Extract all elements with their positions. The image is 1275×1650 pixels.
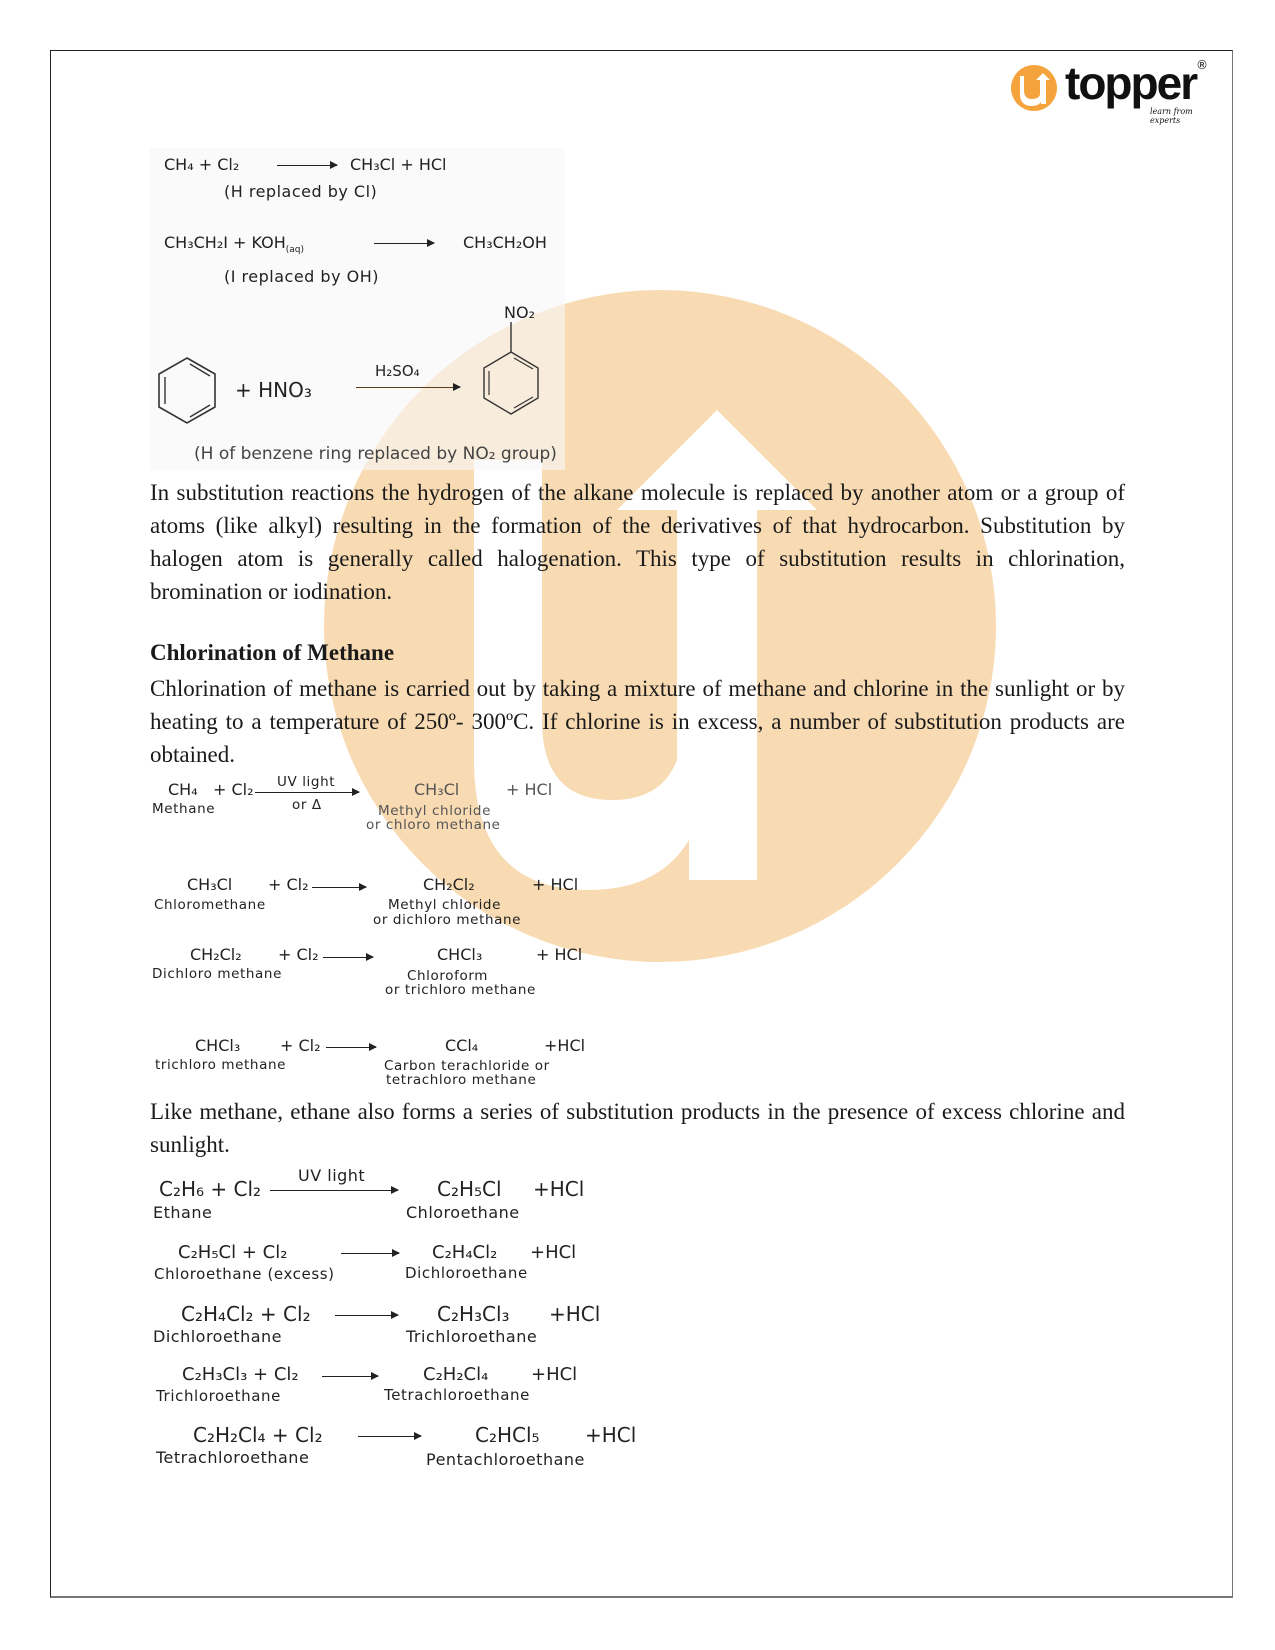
byproduct-formula: +HCl [544, 1036, 585, 1055]
reactant-name: Dichloro methane [152, 966, 282, 982]
reagent-formula: + Cl₂ [278, 945, 319, 964]
byproduct-formula: + HCl [532, 875, 578, 894]
byproduct-formula: + HCl [506, 780, 552, 799]
reagent-formula: + Cl₂ [268, 875, 309, 894]
reaction1-note: (H replaced by Cl) [224, 182, 377, 201]
brand-name: topper [1065, 56, 1196, 110]
benzene-ring-icon [152, 355, 222, 427]
arrow-icon [270, 1190, 398, 1191]
product-name: Dichloroethane [405, 1264, 528, 1282]
reactant-formula: CH₃Cl [187, 875, 232, 894]
arrow-icon [335, 1315, 398, 1316]
reactant-formula: C₂H₃Cl₃ + Cl₂ [182, 1364, 299, 1385]
section-heading: Chlorination of Methane [150, 640, 394, 666]
topper-logo: topper ® learn from experts [1010, 62, 1210, 122]
arrow-icon [326, 1047, 376, 1048]
arrow-icon [341, 1253, 399, 1254]
arrow-icon [323, 957, 373, 958]
product-formula: C₂H₄Cl₂ [432, 1242, 497, 1263]
arrow-icon [356, 387, 460, 388]
arrow-icon [277, 165, 337, 166]
arrow-icon [358, 1436, 421, 1437]
byproduct-formula: +HCl [531, 1364, 577, 1385]
reactant-formula: C₂H₅Cl + Cl₂ [178, 1242, 287, 1263]
chlorination-paragraph: Chlorination of methane is carried out b… [150, 672, 1125, 771]
product-name: Methyl chloride [388, 897, 501, 913]
reaction2-left: CH₃CH₂I + KOH(aq) [164, 233, 304, 255]
reactant-formula: CH₂Cl₂ [190, 945, 242, 964]
reaction2-note: (I replaced by OH) [224, 267, 379, 286]
product-name: Pentachloroethane [426, 1450, 585, 1469]
ethane-paragraph: Like methane, ethane also forms a series… [150, 1095, 1125, 1161]
reactant-name: Tetrachloroethane [156, 1448, 309, 1467]
product-formula: C₂H₂Cl₄ [423, 1364, 488, 1385]
registered-mark: ® [1196, 58, 1208, 72]
product-name: Tetrachloroethane [384, 1386, 530, 1404]
substitution-paragraph: In substitution reactions the hydrogen o… [150, 476, 1125, 608]
nitration-catalyst: H₂SO₄ [375, 362, 420, 380]
nitration-note: (H of benzene ring replaced by NO₂ group… [194, 444, 557, 464]
product-name: or trichloro methane [385, 982, 536, 998]
product-name: or dichloro methane [373, 912, 521, 928]
reactant-name: Ethane [153, 1203, 212, 1222]
byproduct-formula: + HCl [536, 945, 582, 964]
byproduct-formula: +HCl [585, 1423, 636, 1447]
arrow-icon [312, 887, 366, 888]
product-formula: C₂HCl₅ [475, 1423, 540, 1447]
reactant-formula: CH₄ [168, 780, 198, 799]
reactant-name: Trichloroethane [156, 1387, 281, 1405]
reactant-name: trichloro methane [155, 1057, 286, 1073]
reactant-name: Chloroethane (excess) [154, 1265, 335, 1283]
product-formula: CCl₄ [445, 1036, 478, 1055]
product-formula: CHCl₃ [437, 945, 482, 964]
arrow-icon [374, 243, 434, 244]
product-formula: C₂H₅Cl [437, 1177, 502, 1201]
reaction2-right: CH₃CH₂OH [463, 233, 547, 252]
product-name: Trichloroethane [406, 1327, 537, 1346]
brand-tagline: learn from experts [1150, 107, 1210, 125]
reactant-name: Methane [152, 801, 215, 817]
product-formula: CH₃Cl [414, 780, 459, 799]
condition-label: or Δ [292, 797, 322, 813]
reagent-formula: + Cl₂ [213, 780, 254, 799]
reactant-formula: C₂H₂Cl₄ + Cl₂ [193, 1423, 323, 1447]
byproduct-formula: +HCl [549, 1302, 600, 1326]
condition-label: UV light [277, 774, 335, 790]
product-formula: CH₂Cl₂ [423, 875, 475, 894]
byproduct-formula: +HCl [533, 1177, 584, 1201]
reactant-name: Chloromethane [154, 897, 266, 913]
reagent-formula: + Cl₂ [280, 1036, 321, 1055]
product-formula: C₂H₃Cl₃ [437, 1302, 510, 1326]
product-name: tetrachloro methane [386, 1072, 536, 1088]
nitration-reagent: + HNO₃ [235, 378, 312, 402]
nitrobenzene-ring-icon [478, 320, 544, 425]
product-name: Chloroethane [406, 1203, 520, 1222]
reactant-formula: CHCl₃ [195, 1036, 240, 1055]
product-name: or chloro methane [366, 817, 501, 833]
reaction1-right: CH₃Cl + HCl [350, 155, 446, 174]
reaction1-left: CH₄ + Cl₂ [164, 155, 239, 174]
reactant-formula: C₂H₄Cl₂ + Cl₂ [181, 1302, 311, 1326]
reactant-formula: C₂H₆ + Cl₂ [159, 1177, 261, 1201]
arrow-icon [322, 1376, 378, 1377]
reactant-name: Dichloroethane [153, 1327, 282, 1346]
condition-label: UV light [298, 1166, 365, 1185]
byproduct-formula: +HCl [530, 1242, 576, 1263]
arrow-icon [255, 792, 359, 793]
